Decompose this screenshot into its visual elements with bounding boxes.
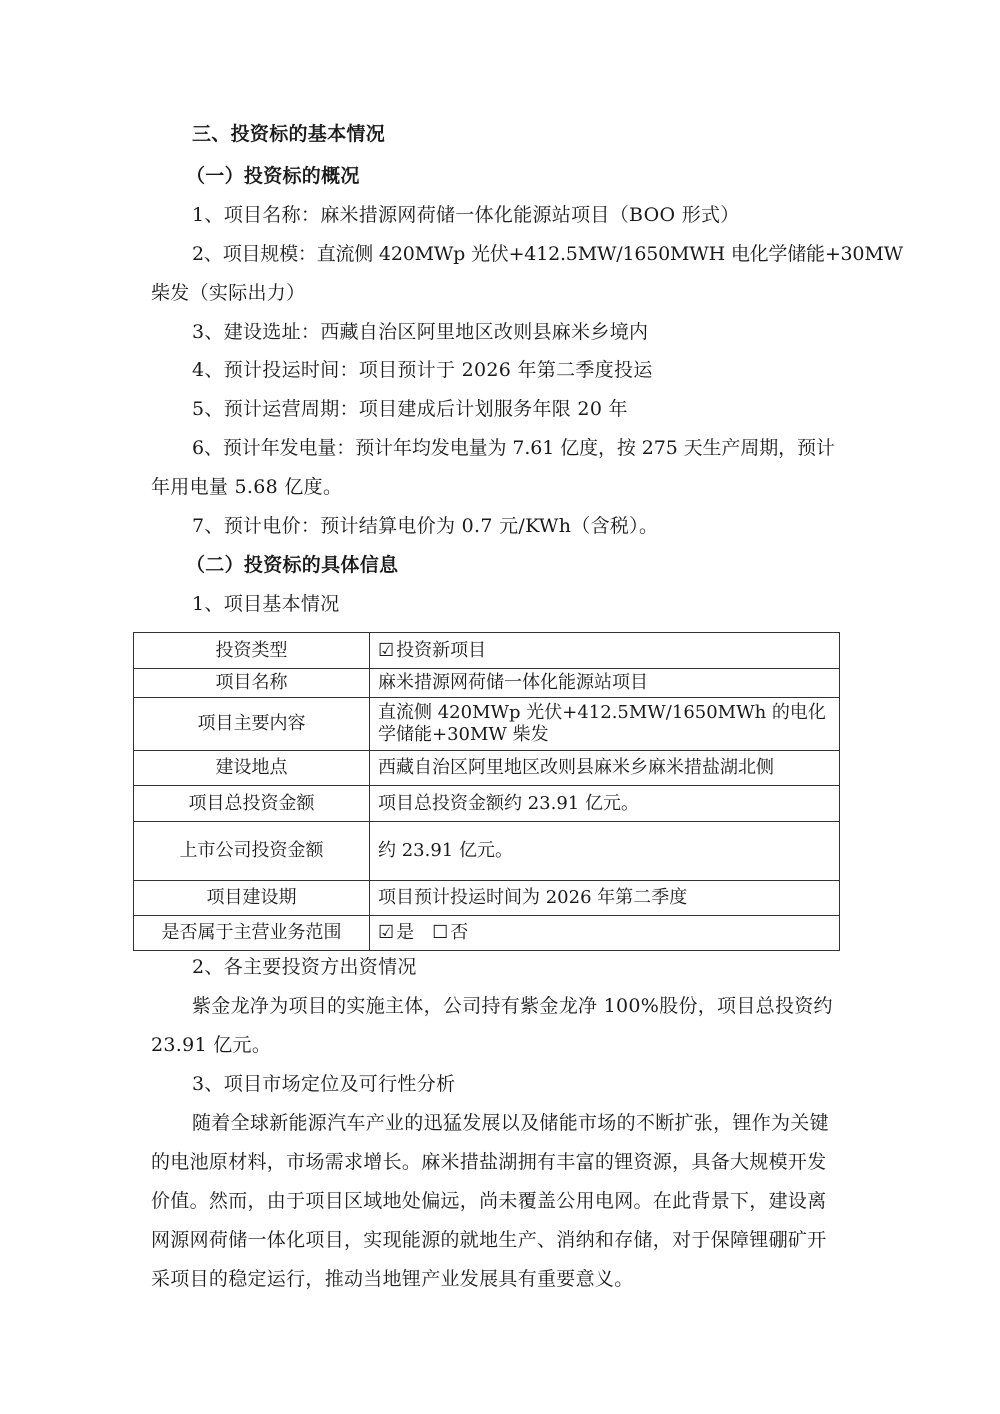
overview-item-generation: 6、预计年发电量：预计年均发电量为 7.61 亿度，按 275 天生产周期，预计 [192, 436, 835, 460]
table-row: 项目总投资金额 项目总投资金额约 23.91 亿元。 [134, 786, 840, 822]
table-key: 建设地点 [134, 751, 370, 786]
details-sub3-text-line3: 价值。然而，由于项目区域地处偏远，尚未覆盖公用电网。在此背景下，建设离 [151, 1189, 827, 1213]
table-value: 项目总投资金额约 23.91 亿元。 [370, 786, 840, 822]
main-content-line2: 学储能+30MW 柴发 [378, 724, 831, 746]
details-sub3-text-line2: 的电池原材料，市场需求增长。麻米措盐湖拥有丰富的锂资源，具备大规模开发 [151, 1150, 827, 1174]
table-row: 建设地点 西藏自治区阿里地区改则县麻米乡麻米措盐湖北侧 [134, 751, 840, 786]
table-value: 直流侧 420MWp 光伏+412.5MW/1650MWh 的电化 学储能+30… [370, 698, 840, 751]
project-info-table: 投资类型 ☑投资新项目 项目名称 麻米措源网荷储一体化能源站项目 项目主要内容 … [133, 632, 840, 951]
details-sub2: 2、各主要投资方出资情况 [192, 955, 417, 979]
section-title: 三、投资标的基本情况 [192, 122, 385, 146]
table-row: 投资类型 ☑投资新项目 [134, 633, 840, 669]
table-row: 上市公司投资金额 约 23.91 亿元。 [134, 822, 840, 881]
table-value: 西藏自治区阿里地区改则县麻米乡麻米措盐湖北侧 [370, 751, 840, 786]
overview-item-scale-cont: 柴发（实际出力） [151, 281, 305, 305]
table-key: 投资类型 [134, 633, 370, 669]
table-value: 麻米措源网荷储一体化能源站项目 [370, 669, 840, 698]
table-key: 项目名称 [134, 669, 370, 698]
table-row: 项目主要内容 直流侧 420MWp 光伏+412.5MW/1650MWh 的电化… [134, 698, 840, 751]
details-sub3: 3、项目市场定位及可行性分析 [192, 1072, 455, 1096]
table-row: 项目名称 麻米措源网荷储一体化能源站项目 [134, 669, 840, 698]
overview-heading: （一）投资标的概况 [186, 164, 360, 188]
details-sub2-text-line2: 23.91 亿元。 [151, 1033, 271, 1057]
checkbox-unchecked-icon: ☐ [432, 922, 448, 944]
overview-item-generation-cont: 年用电量 5.68 亿度。 [151, 475, 342, 499]
overview-item-location: 3、建设选址：西藏自治区阿里地区改则县麻米乡境内 [192, 320, 648, 344]
details-sub3-text-line5: 采项目的稳定运行，推动当地锂产业发展具有重要意义。 [151, 1267, 634, 1291]
yes-label: 是 [396, 922, 414, 943]
details-sub3-text-line1: 随着全球新能源汽车产业的迅猛发展以及储能市场的不断扩张，锂作为关键 [192, 1111, 829, 1135]
overview-item-operation-time: 4、预计投运时间：项目预计于 2026 年第二季度投运 [192, 358, 653, 382]
table-key: 上市公司投资金额 [134, 822, 370, 881]
table-value: 约 23.91 亿元。 [370, 822, 840, 881]
overview-item-name: 1、项目名称：麻米措源网荷储一体化能源站项目（BOO 形式） [192, 203, 740, 227]
overview-item-operation-period: 5、预计运营周期：项目建成后计划服务年限 20 年 [192, 397, 628, 421]
table-key: 项目建设期 [134, 881, 370, 916]
details-sub1: 1、项目基本情况 [192, 592, 340, 616]
details-sub3-text-line4: 网源网荷储一体化项目，实现能源的就地生产、消纳和存储，对于保障锂硼矿开 [151, 1228, 827, 1252]
details-heading: （二）投资标的具体信息 [186, 553, 398, 577]
table-key: 项目总投资金额 [134, 786, 370, 822]
table-value: ☑是☐否 [370, 916, 840, 951]
overview-item-price: 7、预计电价：预计结算电价为 0.7 元/KWh（含税）。 [192, 514, 658, 538]
no-label: 否 [450, 922, 468, 943]
main-content-line1: 直流侧 420MWp 光伏+412.5MW/1650MWh 的电化 [378, 702, 831, 724]
checkbox-checked-icon: ☑ [378, 922, 394, 944]
investment-type-value: 投资新项目 [396, 640, 486, 661]
details-sub2-text-line1: 紫金龙净为项目的实施主体，公司持有紫金龙净 100%股份，项目总投资约 [192, 994, 833, 1018]
table-key: 是否属于主营业务范围 [134, 916, 370, 951]
table-row: 是否属于主营业务范围 ☑是☐否 [134, 916, 840, 951]
checkbox-checked-icon: ☑ [378, 640, 394, 662]
overview-item-scale: 2、项目规模：直流侧 420MWp 光伏+412.5MW/1650MWH 电化学… [192, 242, 903, 266]
table-value: ☑投资新项目 [370, 633, 840, 669]
table-row: 项目建设期 项目预计投运时间为 2026 年第二季度 [134, 881, 840, 916]
table-value: 项目预计投运时间为 2026 年第二季度 [370, 881, 840, 916]
table-key: 项目主要内容 [134, 698, 370, 751]
